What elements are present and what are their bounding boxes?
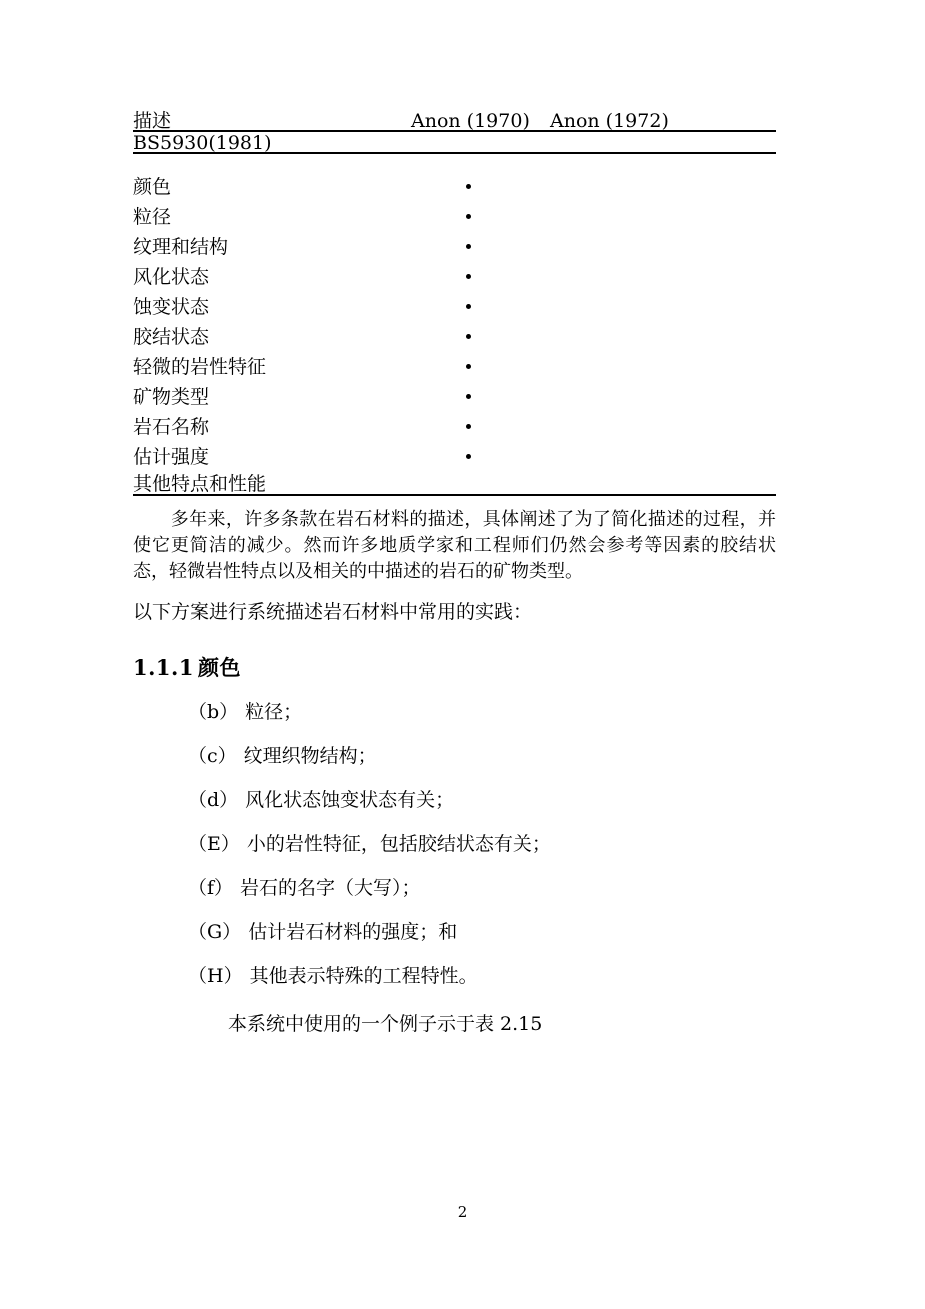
bullet-marker-icon	[466, 334, 471, 339]
list-item-marker: （c）	[188, 745, 237, 767]
paragraph-1-line: 多年来，许多条款在岩石材料的描述，具体阐述了为了简化描述的过程，并	[133, 507, 776, 533]
row-label: 估计强度	[133, 446, 209, 468]
bullet-marker-icon	[466, 394, 471, 399]
list-item: （G）估计岩石材料的强度；和	[188, 921, 551, 965]
list-item-text: 其他表示特殊的工程特性。	[250, 965, 478, 987]
table-row: 纹理和结构	[133, 234, 776, 264]
document-page: 描述 Anon (1970) Anon (1972) BS5930(1981) …	[0, 0, 925, 1309]
table-header-row: 描述 Anon (1970) Anon (1972)	[133, 111, 776, 132]
row-label: 风化状态	[133, 266, 209, 288]
bullet-marker-icon	[466, 244, 471, 249]
list-item-marker: （E）	[188, 833, 240, 855]
list-item-marker: （d）	[188, 789, 238, 811]
list-item: （c）纹理织物结构；	[188, 745, 551, 789]
lettered-list: （b）粒径； （c）纹理织物结构； （d）风化状态蚀变状态有关； （E）小的岩性…	[188, 701, 551, 1009]
bullet-marker-icon	[466, 424, 471, 429]
list-item-text: 纹理织物结构；	[244, 745, 377, 767]
row-label: 颜色	[133, 176, 171, 198]
row-label: 岩石名称	[133, 416, 209, 438]
bullet-marker-icon	[466, 364, 471, 369]
list-item: （f）岩石的名字（大写）；	[188, 877, 551, 921]
table-row: 风化状态	[133, 264, 776, 294]
section-heading: 1.1.1颜色	[133, 652, 241, 682]
table-row: 颜色	[133, 174, 776, 204]
table-row: 矿物类型	[133, 384, 776, 414]
section-number: 1.1.1	[133, 655, 194, 680]
table-row: 蚀变状态	[133, 294, 776, 324]
list-item: （H）其他表示特殊的工程特性。	[188, 965, 551, 1009]
page-footer: 2	[0, 1203, 925, 1221]
list-item-marker: （f）	[188, 877, 233, 899]
row-label: 轻微的岩性特征	[133, 356, 266, 378]
page-number: 2	[458, 1203, 468, 1221]
table-subheader-standard: BS5930(1981)	[133, 132, 776, 154]
row-label: 蚀变状态	[133, 296, 209, 318]
column-header-description: 描述	[133, 111, 171, 132]
list-item-text: 估计岩石材料的强度；和	[248, 921, 457, 943]
list-item-marker: （H）	[188, 965, 243, 987]
bullet-marker-icon	[466, 214, 471, 219]
column-header-anon-1972: Anon (1972)	[550, 111, 669, 132]
row-label: 粒径	[133, 206, 171, 228]
paragraph-1-line: 使它更简洁的减少。然而许多地质学家和工程师们仍然会参考等因素的胶结状	[133, 533, 776, 559]
list-item-text: 小的岩性特征，包括胶结状态有关；	[247, 833, 551, 855]
row-label: 胶结状态	[133, 326, 209, 348]
paragraph-1-line: 态，轻微岩性特点以及相关的中描述的岩石的矿物类型。	[133, 559, 776, 585]
bullet-marker-icon	[466, 454, 471, 459]
list-item-text: 岩石的名字（大写）；	[240, 877, 421, 899]
column-header-anon-1970: Anon (1970)	[411, 111, 530, 132]
paragraph-2: 以下方案进行系统描述岩石材料中常用的实践：	[133, 597, 532, 624]
table-row: 岩石名称	[133, 414, 776, 444]
bullet-marker-icon	[466, 274, 471, 279]
list-item: （E）小的岩性特征，包括胶结状态有关；	[188, 833, 551, 877]
list-item: （d）风化状态蚀变状态有关；	[188, 789, 551, 833]
bullet-marker-icon	[466, 184, 471, 189]
list-item-marker: （G）	[188, 921, 241, 943]
table-reference-note: 本系统中使用的一个例子示于表 2.15	[228, 1009, 542, 1036]
table-body: 颜色 粒径 纹理和结构 风化状态 蚀变状态 胶结状态	[133, 154, 776, 474]
table-row: 估计强度	[133, 444, 776, 474]
paragraph-1: 多年来，许多条款在岩石材料的描述，具体阐述了为了简化描述的过程，并 使它更简洁的…	[133, 507, 776, 585]
list-item-text: 风化状态蚀变状态有关；	[245, 789, 454, 811]
table-row: 胶结状态	[133, 324, 776, 354]
table-footer-row: 其他特点和性能	[133, 474, 776, 496]
list-item-marker: （b）	[188, 701, 238, 723]
rock-description-table: 描述 Anon (1970) Anon (1972) BS5930(1981) …	[133, 111, 776, 496]
row-label: 矿物类型	[133, 386, 209, 408]
table-row: 粒径	[133, 204, 776, 234]
row-label: 纹理和结构	[133, 236, 228, 258]
bullet-marker-icon	[466, 304, 471, 309]
table-row: 轻微的岩性特征	[133, 354, 776, 384]
section-title: 颜色	[198, 655, 241, 680]
list-item: （b）粒径；	[188, 701, 551, 745]
list-item-text: 粒径；	[245, 701, 302, 723]
